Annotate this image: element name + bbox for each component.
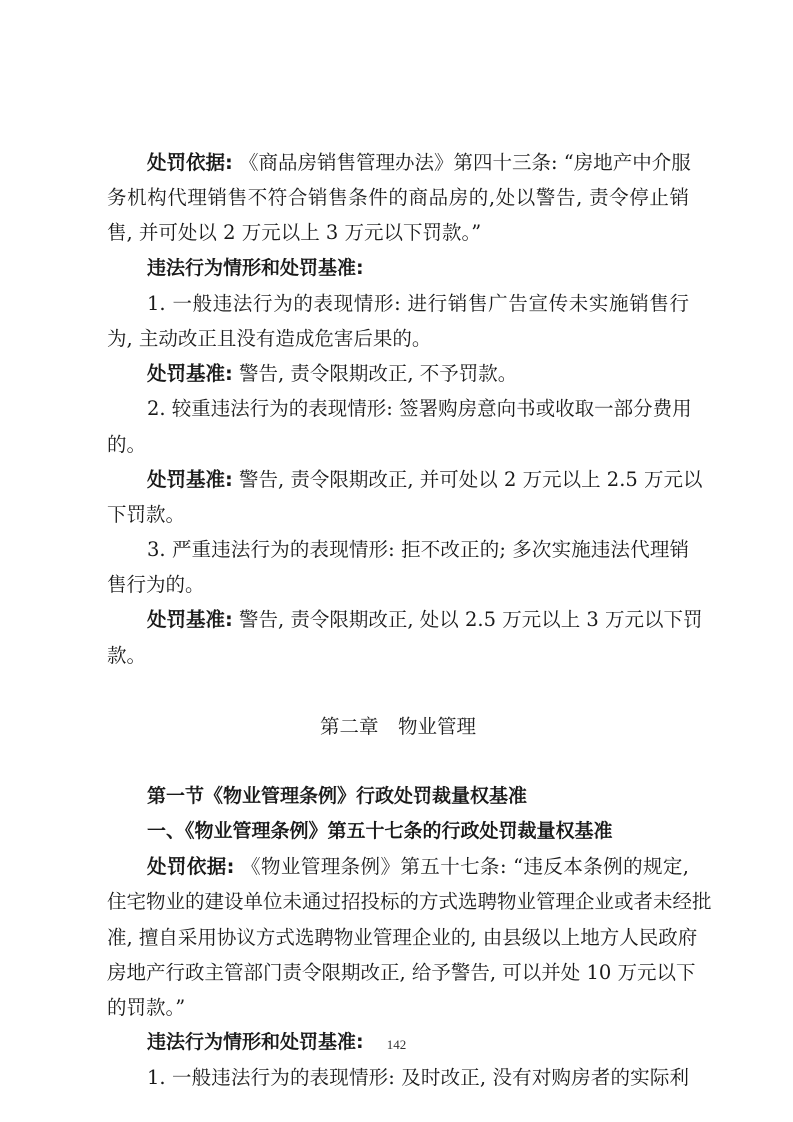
paragraph-line: 房地产行政主管部门责令限期改正, 给予警告, 可以并处 10 万元以下 — [107, 955, 689, 990]
chapter-title: 第二章 物业管理 — [107, 709, 689, 744]
paragraph-line: 为, 主动改正且没有造成危害后果的。 — [107, 321, 689, 356]
paragraph-line: 款。 — [107, 638, 689, 673]
document-page: 处罚依据: 《商品房销售管理办法》第四十三条: “房地产中介服 务机构代理销售不… — [107, 145, 689, 1096]
penalty-basis-paragraph: 处罚依据: 《物业管理条例》第五十七条: “违反本条例的规定, — [107, 849, 689, 884]
paragraph-line: 住宅物业的建设单位未通过招投标的方式选聘物业管理企业或者未经批 — [107, 884, 689, 919]
penalty-standard-label: 处罚基准: — [147, 608, 233, 631]
paragraph-line: 售行为的。 — [107, 567, 689, 602]
paragraph-line: 售, 并可处以 2 万元以上 3 万元以下罚款。” — [107, 215, 689, 250]
violation-item-3: 3. 严重违法行为的表现情形: 拒不改正的; 多次实施违法代理销 — [107, 532, 689, 567]
section-title: 第一节《物业管理条例》行政处罚裁量权基准 — [107, 779, 689, 814]
paragraph-line: 准, 擅自采用协议方式选聘物业管理企业的, 由县级以上地方人民政府 — [107, 920, 689, 955]
violation-item-1: 1. 一般违法行为的表现情形: 进行销售广告宣传未实施销售行 — [107, 286, 689, 321]
penalty-standard-2: 处罚基准: 警告, 责令限期改正, 并可处以 2 万元以上 2.5 万元以 — [107, 462, 689, 497]
subsection-title: 一、《物业管理条例》第五十七条的行政处罚裁量权基准 — [107, 814, 689, 849]
penalty-basis-paragraph: 处罚依据: 《商品房销售管理办法》第四十三条: “房地产中介服 — [107, 145, 689, 180]
paragraph-line: 下罚款。 — [107, 497, 689, 532]
penalty-standard-label: 处罚基准: — [147, 362, 233, 385]
paragraph-line: 的。 — [107, 427, 689, 462]
penalty-standard-3: 处罚基准: 警告, 责令限期改正, 处以 2.5 万元以上 3 万元以下罚 — [107, 602, 689, 637]
paragraph-line: 的罚款。” — [107, 990, 689, 1025]
penalty-standard-label: 处罚基准: — [147, 468, 233, 491]
violation-item-1: 1. 一般违法行为的表现情形: 及时改正, 没有对购房者的实际利 — [107, 1060, 689, 1095]
penalty-basis-label: 处罚依据: — [147, 151, 233, 174]
violation-item-2: 2. 较重违法行为的表现情形: 签署购房意向书或收取一部分费用 — [107, 391, 689, 426]
criteria-heading: 违法行为情形和处罚基准: — [107, 251, 689, 286]
penalty-basis-label: 处罚依据: — [147, 855, 234, 878]
spacer — [107, 744, 689, 779]
penalty-standard-1: 处罚基准: 警告, 责令限期改正, 不予罚款。 — [107, 356, 689, 391]
page-number: 142 — [0, 1037, 793, 1053]
paragraph-line: 务机构代理销售不符合销售条件的商品房的,处以警告, 责令停止销 — [107, 180, 689, 215]
